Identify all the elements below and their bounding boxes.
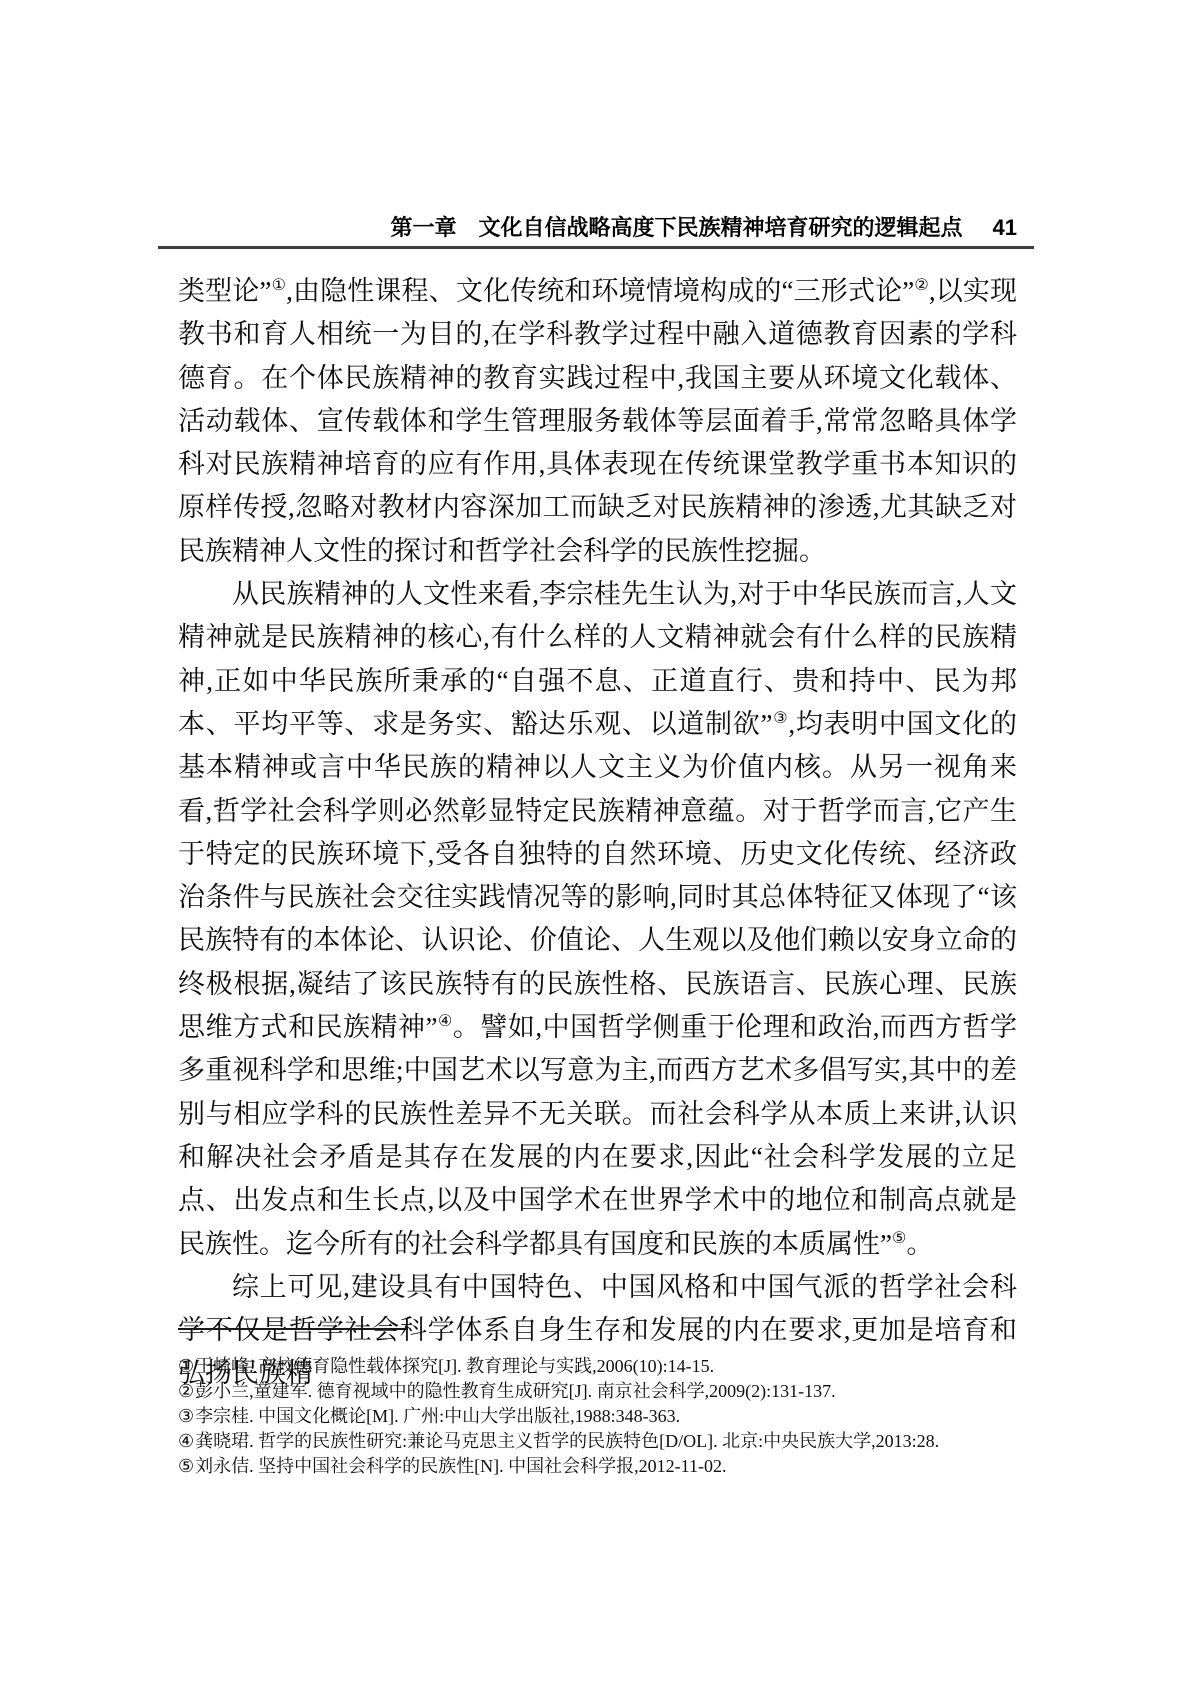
footnote-ref: ⑤ — [892, 1230, 906, 1247]
body-paragraph: 类型论”①,由隐性课程、文化传统和环境情境构成的“三形式论”②,以实现教书和育人… — [178, 270, 1017, 573]
footnote-ref: ③ — [773, 710, 789, 727]
book-page: 第一章文化自信战略高度下民族精神培育研究的逻辑起点41 类型论”①,由隐性课程、… — [0, 0, 1190, 1684]
footnote-item: ③李宗桂. 中国文化概论[M]. 广州:中山大学出版社,1988:348-363… — [178, 1404, 1017, 1429]
footnote-ref: ② — [914, 277, 929, 294]
footnote-item: ④龚晓珺. 哲学的民族性研究:兼论马克思主义哲学的民族特色[D/OL]. 北京:… — [178, 1429, 1017, 1454]
footnote-marker: ③ — [178, 1406, 194, 1426]
footnote-item: ⑤刘永佶. 坚持中国社会科学的民族性[N]. 中国社会科学报,2012-11-0… — [178, 1454, 1017, 1479]
body-paragraph: 从民族精神的人文性来看,李宗桂先生认为,对于中华民族而言,人文精神就是民族精神的… — [178, 573, 1017, 1266]
footnote-marker: ④ — [178, 1431, 194, 1451]
page-number: 41 — [993, 215, 1017, 240]
header-rule — [158, 246, 1034, 249]
chapter-label: 第一章 — [390, 215, 456, 240]
footnote-ref: ④ — [438, 1013, 453, 1030]
footnote-item: ②彭小兰,童建军. 德育视域中的隐性教育生成研究[J]. 南京社会科学,2009… — [178, 1379, 1017, 1404]
footnote-section: ①王崎峰. 高校德育隐性载体探究[J]. 教育理论与实践,2006(10):14… — [178, 1328, 1017, 1479]
footnote-item: ①王崎峰. 高校德育隐性载体探究[J]. 教育理论与实践,2006(10):14… — [178, 1354, 1017, 1379]
footnote-marker: ① — [178, 1356, 194, 1376]
chapter-title: 文化自信战略高度下民族精神培育研究的逻辑起点 — [479, 215, 963, 240]
body-text: 类型论”①,由隐性课程、文化传统和环境情境构成的“三形式论”②,以实现教书和育人… — [178, 270, 1017, 1396]
footnote-list: ①王崎峰. 高校德育隐性载体探究[J]. 教育理论与实践,2006(10):14… — [178, 1354, 1017, 1479]
footnote-separator — [178, 1328, 408, 1330]
footnote-ref: ① — [271, 277, 286, 294]
footnote-marker: ② — [178, 1381, 194, 1401]
running-header: 第一章文化自信战略高度下民族精神培育研究的逻辑起点41 — [178, 211, 1017, 242]
footnote-marker: ⑤ — [178, 1456, 194, 1476]
